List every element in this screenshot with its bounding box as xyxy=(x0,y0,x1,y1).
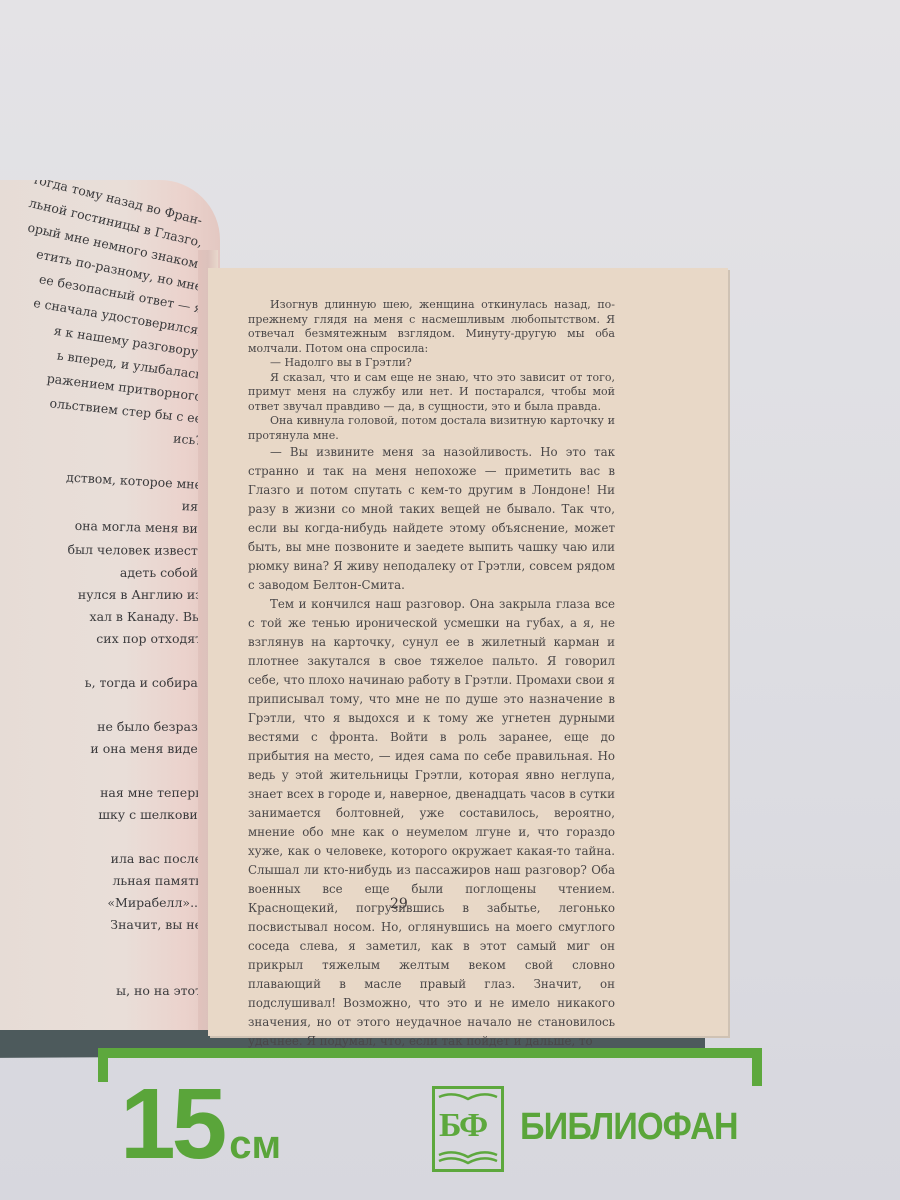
left-page-line: ; xyxy=(2,826,202,848)
left-page-line: хал в Канаду. Вы xyxy=(2,606,202,628)
left-page-text: тогда тому назад во Фран-льной гостиницы… xyxy=(2,180,202,1030)
left-page-line: Значит, вы не xyxy=(2,914,202,936)
paragraph: Изогнув длинную шею, женщина откинулась … xyxy=(248,298,615,356)
paragraph: Я сказал, что и сам еще не знаю, что это… xyxy=(248,371,615,415)
scale-ruler-bar xyxy=(98,1048,762,1058)
left-page-line xyxy=(2,760,202,782)
right-book-page: Изогнув длинную шею, женщина откинулась … xyxy=(208,268,728,1036)
paragraph: Тем и кончился наш разговор. Она закрыла… xyxy=(248,595,615,1051)
left-page-line: нулся в Англию из xyxy=(2,584,202,606)
left-page-line: льная память xyxy=(2,870,202,892)
left-page-line: она могла меня ви- xyxy=(2,513,202,540)
scale-label: 15см xyxy=(120,1074,281,1174)
left-page-line: сно поняла, xyxy=(2,1024,202,1030)
left-page-line: и она меня виде- xyxy=(2,738,202,760)
page-number: 29 xyxy=(390,896,408,912)
paragraph: Она кивнула головой, потом достала визит… xyxy=(248,414,615,443)
left-page-line xyxy=(2,694,202,716)
left-page-line: шку с шелкови- xyxy=(2,804,202,826)
paragraph: — Вы извините меня за назойливость. Но э… xyxy=(248,443,615,595)
left-page-line: ы, но на этот xyxy=(2,980,202,1002)
brand-name: БИБЛИОФАН xyxy=(520,1106,738,1149)
ruler-right-tick xyxy=(752,1048,762,1086)
left-page-line: «Мирабелл»... xyxy=(2,892,202,914)
left-page-line: был человек извест- xyxy=(2,538,202,562)
paragraph: — Надолго вы в Грэтли? xyxy=(248,356,615,371)
left-page-line: не было безраз- xyxy=(2,716,202,738)
page-text: Изогнув длинную шею, женщина откинулась … xyxy=(248,298,615,1051)
left-page-line xyxy=(2,936,202,958)
left-page-line: сих пор отходят xyxy=(2,628,202,650)
left-page-line xyxy=(2,958,202,980)
logo-letters: БФ xyxy=(439,1107,486,1145)
left-page-line: ная мне теперь xyxy=(2,782,202,804)
left-page-line xyxy=(2,1002,202,1024)
left-page-line: адеть собой. xyxy=(2,562,202,584)
left-page-line: ь, тогда и собира- xyxy=(2,672,202,694)
book-logo-icon: БФ xyxy=(432,1086,504,1172)
scale-unit: см xyxy=(229,1123,281,1167)
left-page-line xyxy=(2,650,202,672)
left-page-line: ила вас после xyxy=(2,848,202,870)
ruler-left-tick xyxy=(98,1048,108,1082)
left-book-page: тогда тому назад во Фран-льной гостиницы… xyxy=(0,180,220,1030)
scale-number: 15 xyxy=(120,1068,223,1180)
